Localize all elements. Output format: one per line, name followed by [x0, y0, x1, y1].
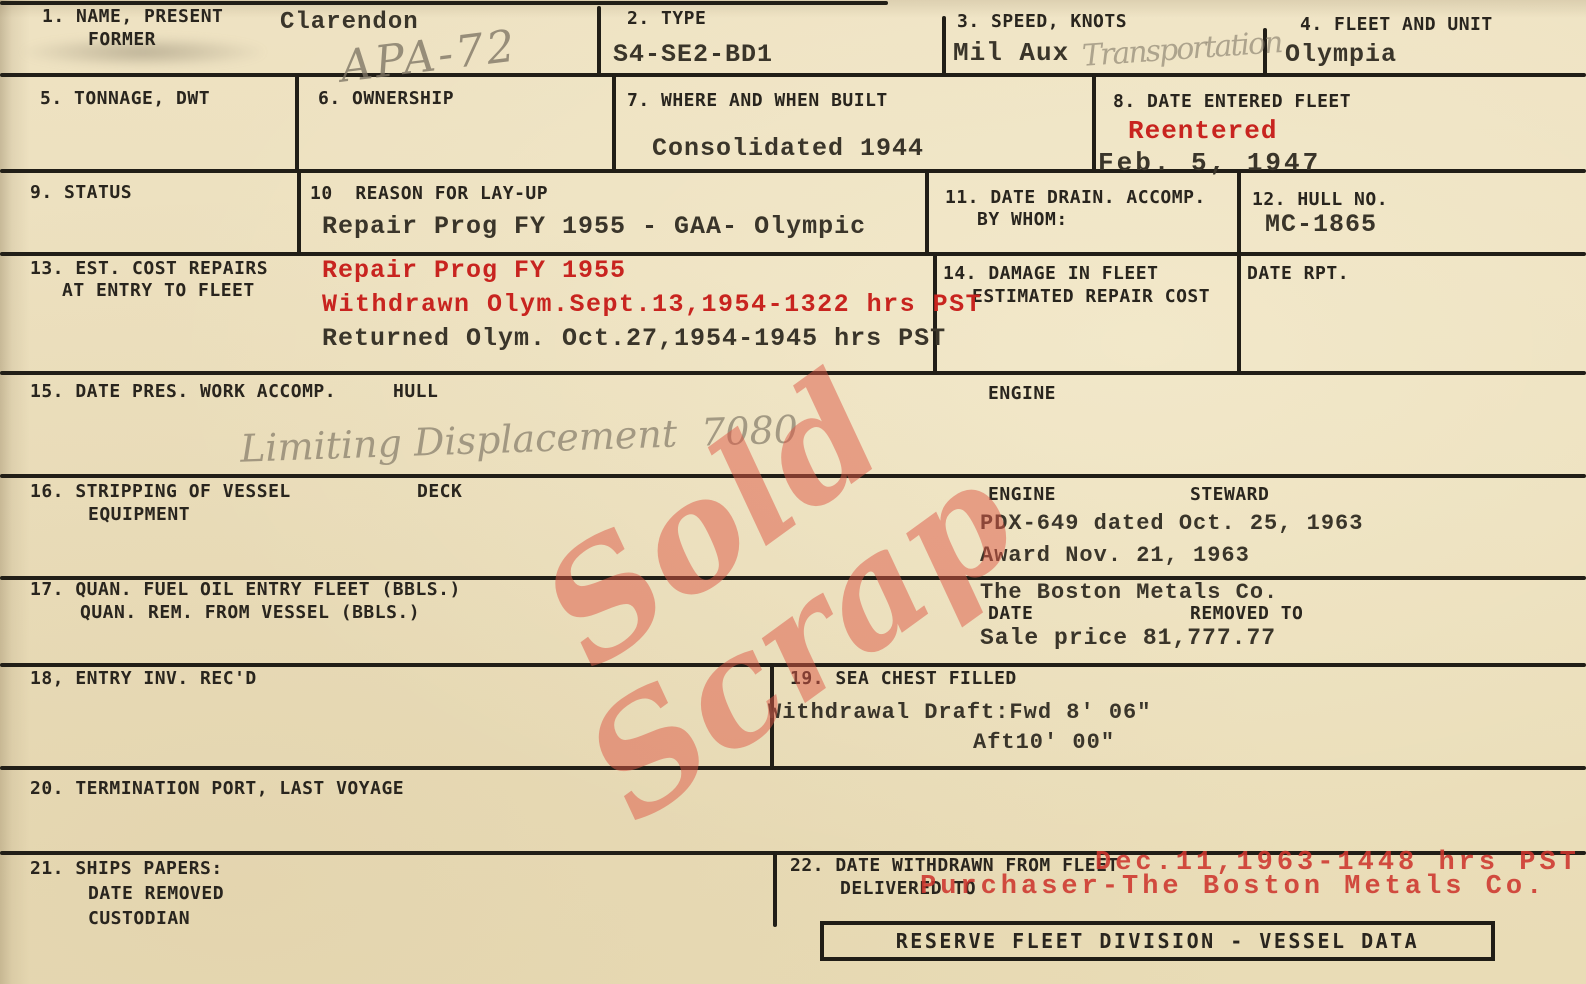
field-15-hull-column: HULL	[393, 383, 438, 402]
field-17-label: 17. QUAN. FUEL OIL ENTRY FLEET (BBLS.)	[30, 581, 461, 600]
field-3-label: 3. SPEED, KNOTS	[957, 13, 1127, 32]
field-21-custodian-label: CUSTODIAN	[88, 910, 190, 929]
fleet-unit-value: Olympia	[1285, 42, 1397, 68]
field-16-label: 16. STRIPPING OF VESSEL	[30, 483, 291, 502]
field-15-label: 15. DATE PRES. WORK ACCOMP.	[30, 383, 336, 402]
field-14-date-rpt-label: DATE RPT.	[1247, 265, 1349, 284]
reserve-fleet-division-stamp: RESERVE FLEET DIVISION - VESSEL DATA	[820, 921, 1495, 961]
grid-line	[942, 16, 946, 76]
speed-value: Mil Aux	[953, 40, 1069, 67]
grid-line	[1237, 169, 1241, 256]
hull-no-value: MC-1865	[1265, 212, 1377, 238]
field-7-label: 7. WHERE AND WHEN BUILT	[627, 92, 888, 111]
field-12-label: 12. HULL NO.	[1252, 191, 1388, 210]
date-entered-fleet-value: Feb. 5, 1947	[1098, 150, 1321, 177]
field-8-label: 8. DATE ENTERED FLEET	[1113, 93, 1351, 112]
field-6-label: 6. OWNERSHIP	[318, 90, 454, 109]
field-17-removed-to-column: REMOVED TO	[1190, 605, 1303, 624]
field-16-label-2: EQUIPMENT	[88, 506, 190, 525]
grid-line	[0, 169, 1586, 173]
est-cost-red-line-1: Repair Prog FY 1955	[322, 258, 626, 284]
field-9-label: 9. STATUS	[30, 184, 132, 203]
sale-price-value: Sale price 81,777.77	[980, 626, 1276, 650]
where-when-built-value: Consolidated 1944	[652, 136, 924, 162]
grid-line	[0, 73, 1586, 77]
field-1-label-former: FORMER	[88, 31, 156, 50]
reentered-note: Reentered	[1128, 118, 1277, 145]
field-18-label: 18, ENTRY INV. REC'D	[30, 670, 257, 689]
field-21-date-removed-label: DATE REMOVED	[88, 885, 224, 904]
stripping-engine-line-1: PDX-649 dated Oct. 25, 1963	[980, 512, 1363, 535]
grid-line	[0, 252, 1586, 256]
grid-line	[0, 1, 888, 5]
field-13-label-2: AT ENTRY TO FLEET	[62, 282, 255, 301]
grid-line	[612, 73, 616, 173]
grid-line	[1237, 252, 1241, 374]
type-value: S4-SE2-BD1	[613, 42, 773, 68]
field-5-label: 5. TONNAGE, DWT	[40, 90, 210, 109]
field-11-label: 11. DATE DRAIN. ACCOMP.	[945, 189, 1206, 208]
field-4-label: 4. FLEET AND UNIT	[1300, 16, 1493, 35]
reason-layup-value: Repair Prog FY 1955 - GAA- Olympic	[322, 214, 866, 240]
grid-line	[297, 169, 301, 256]
field-16-engine-column: ENGINE	[988, 486, 1056, 505]
field-2-label: 2. TYPE	[627, 10, 706, 29]
grid-line	[925, 169, 929, 256]
vessel-data-card: 1. NAME, PRESENT FORMER 2. TYPE 3. SPEED…	[0, 0, 1586, 984]
field-16-deck-column: DECK	[417, 483, 462, 502]
grid-line	[295, 73, 299, 173]
field-21-label: 21. SHIPS PAPERS:	[30, 860, 223, 879]
withdrawal-draft-aft-value: Aft10' 00"	[973, 731, 1115, 754]
field-13-label: 13. EST. COST REPAIRS	[30, 260, 268, 279]
field-17-label-2: QUAN. REM. FROM VESSEL (BBLS.)	[80, 604, 420, 623]
field-16-steward-column: STEWARD	[1190, 486, 1269, 505]
ship-name-value: Clarendon	[280, 10, 419, 35]
field-10-label: 10 REASON FOR LAY-UP	[310, 185, 548, 204]
grid-line	[597, 6, 601, 76]
grid-line	[0, 766, 1586, 770]
field-1-label: 1. NAME, PRESENT	[42, 8, 223, 27]
grid-line	[1092, 73, 1096, 173]
grid-line	[773, 851, 777, 927]
delivered-to-value: Purchaser-The Boston Metals Co.	[920, 873, 1546, 901]
field-20-label: 20. TERMINATION PORT, LAST VOYAGE	[30, 780, 404, 799]
speed-pencil-note: Transportation	[1081, 27, 1282, 72]
